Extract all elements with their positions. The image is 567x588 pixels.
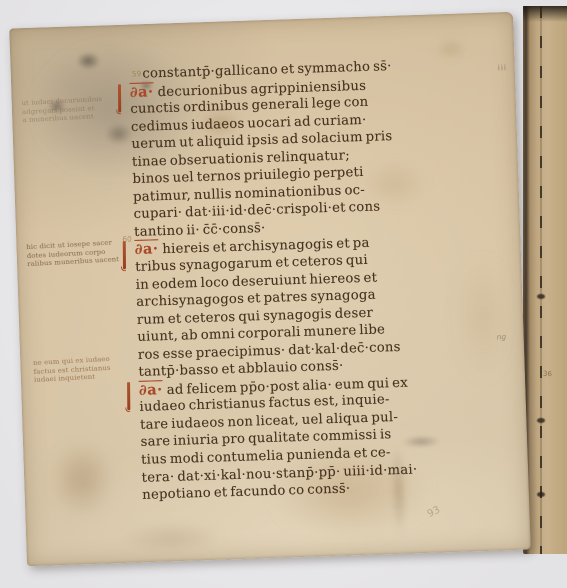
marginal-note: ut iudaei decurionibusadgregari possint … xyxy=(21,94,126,125)
stain xyxy=(76,52,101,71)
folio-mark: 93 xyxy=(426,504,442,519)
rubric-initial: ∂a· xyxy=(134,241,158,259)
stitch-thread-icon xyxy=(537,294,545,299)
manuscript-photo: 36 59 iii 60 ng 93 ut iudaei decurionibu… xyxy=(0,0,567,588)
stitch-thread-icon xyxy=(537,418,545,423)
folio-mark-edge: 36 xyxy=(543,370,552,378)
rubric-paragraph-bar xyxy=(118,84,121,112)
binding-stitch-line xyxy=(540,6,542,554)
marginal-note: hic dicit ut iosepe sacerdotes iudeorum … xyxy=(26,238,131,269)
rubric-paragraph-bar xyxy=(127,382,130,410)
rubric-paragraph-bar xyxy=(123,242,126,270)
stain xyxy=(116,522,227,556)
rubric-initial: ∂a· xyxy=(139,381,163,399)
stain xyxy=(49,439,116,519)
parchment-page: 59 iii 60 ng 93 ut iudaei decurionibusad… xyxy=(9,12,531,566)
rubric-initial: ∂a· xyxy=(130,83,154,101)
text-block: constantp̄·gallicano et symmacho ss̄·∂a·… xyxy=(129,54,534,504)
marginal-note: ne eum qui ex iudaeofactus est christian… xyxy=(33,353,138,384)
stitch-thread-icon xyxy=(537,492,545,497)
stain xyxy=(104,122,133,145)
